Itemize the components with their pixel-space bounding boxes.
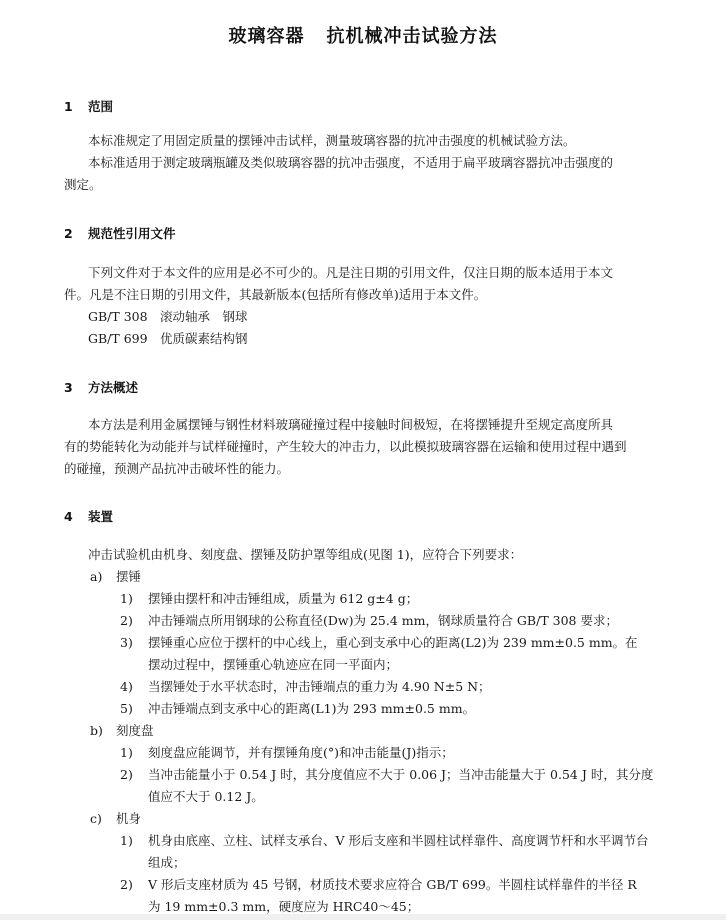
section-3-para-line-3: 的碰撞，预测产品抗冲击破坏性的能力。 bbox=[64, 458, 289, 480]
reference-gbt699: GB/T 699优质碳素结构钢 bbox=[88, 328, 248, 350]
title-part1: 玻璃容器 bbox=[229, 26, 305, 47]
list-item-a1: 1)摆锤由摆杆和冲击锤组成，质量为 612 g±4 g； bbox=[120, 588, 418, 610]
list-item-a4: 4)当摆锤处于水平状态时，冲击锤端点的重力为 4.90 N±5 N； bbox=[120, 676, 491, 698]
list-item-b2-cont: 值应不大于 0.12 J。 bbox=[148, 786, 264, 808]
section-3-heading: 3方法概述 bbox=[64, 378, 138, 396]
list-group-c: c)机身 bbox=[90, 808, 141, 830]
section-2-para-1-cont: 件。凡是不注日期的引用文件，其最新版本(包括所有修改单)适用于本文件。 bbox=[64, 284, 486, 306]
section-1-heading: 1范围 bbox=[64, 97, 113, 115]
section-3-para-line-1: 本方法是利用金属摆锤与钢性材料玻璃碰撞过程中接触时间极短，在将摆锤提升至规定高度… bbox=[88, 414, 613, 436]
list-item-c1-cont: 组成； bbox=[148, 852, 186, 874]
section-1-para-1: 本标准规定了用固定质量的摆锤冲击试样，测量玻璃容器的抗冲击强度的机械试验方法。 bbox=[88, 130, 576, 152]
section-2-para-1: 下列文件对于本文件的应用是必不可少的。凡是注日期的引用文件，仅注日期的版本适用于… bbox=[88, 262, 613, 284]
list-item-c2: 2)V 形后支座材质为 45 号钢，材质技术要求应符合 GB/T 699。半圆柱… bbox=[120, 874, 637, 896]
section-3-para-line-2: 有的势能转化为动能并与试样碰撞时，产生较大的冲击力，以此模拟玻璃容器在运输和使用… bbox=[64, 436, 627, 458]
list-group-a: a)摆锤 bbox=[90, 566, 141, 588]
title-part2: 抗机械冲击试验方法 bbox=[327, 26, 498, 47]
section-2-heading: 2规范性引用文件 bbox=[64, 224, 176, 242]
list-item-a3: 3)摆锤重心应位于摆杆的中心线上，重心到支承中心的距离(L2)为 239 mm±… bbox=[120, 632, 638, 654]
document-title: 玻璃容器抗机械冲击试验方法 bbox=[0, 22, 726, 48]
list-group-b: b)刻度盘 bbox=[90, 720, 154, 742]
page-bottom-edge bbox=[0, 914, 726, 920]
list-item-c1: 1)机身由底座、立柱、试样支承台、V 形后支座和半圆柱试样靠件、高度调节杆和水平… bbox=[120, 830, 649, 852]
list-item-a3-cont: 摆动过程中，摆锤重心轨迹应在同一平面内； bbox=[148, 654, 398, 676]
section-4-heading: 4装置 bbox=[64, 507, 113, 525]
list-item-b1: 1)刻度盘应能调节，并有摆锤角度(°)和冲击能量(J)指示； bbox=[120, 742, 454, 764]
reference-gbt308: GB/T 308滚动轴承 钢球 bbox=[88, 306, 248, 328]
list-item-b2: 2)当冲击能量小于 0.54 J 时，其分度值应不大于 0.06 J；当冲击能量… bbox=[120, 764, 653, 786]
section-1-para-2: 本标准适用于测定玻璃瓶罐及类似玻璃容器的抗冲击强度，不适用于扁平玻璃容器抗冲击强… bbox=[88, 152, 613, 174]
section-4-intro: 冲击试验机由机身、刻度盘、摆锤及防护罩等组成(见图 1)，应符合下列要求： bbox=[88, 544, 522, 566]
list-item-a2: 2)冲击锤端点所用钢球的公称直径(Dw)为 25.4 mm，钢球质量符合 GB/… bbox=[120, 610, 618, 632]
section-1-para-2-cont: 测定。 bbox=[64, 174, 102, 196]
document-page: 玻璃容器抗机械冲击试验方法 1范围 本标准规定了用固定质量的摆锤冲击试样，测量玻… bbox=[0, 0, 726, 920]
list-item-a5: 5)冲击锤端点到支承中心的距离(L1)为 293 mm±0.5 mm。 bbox=[120, 698, 475, 720]
